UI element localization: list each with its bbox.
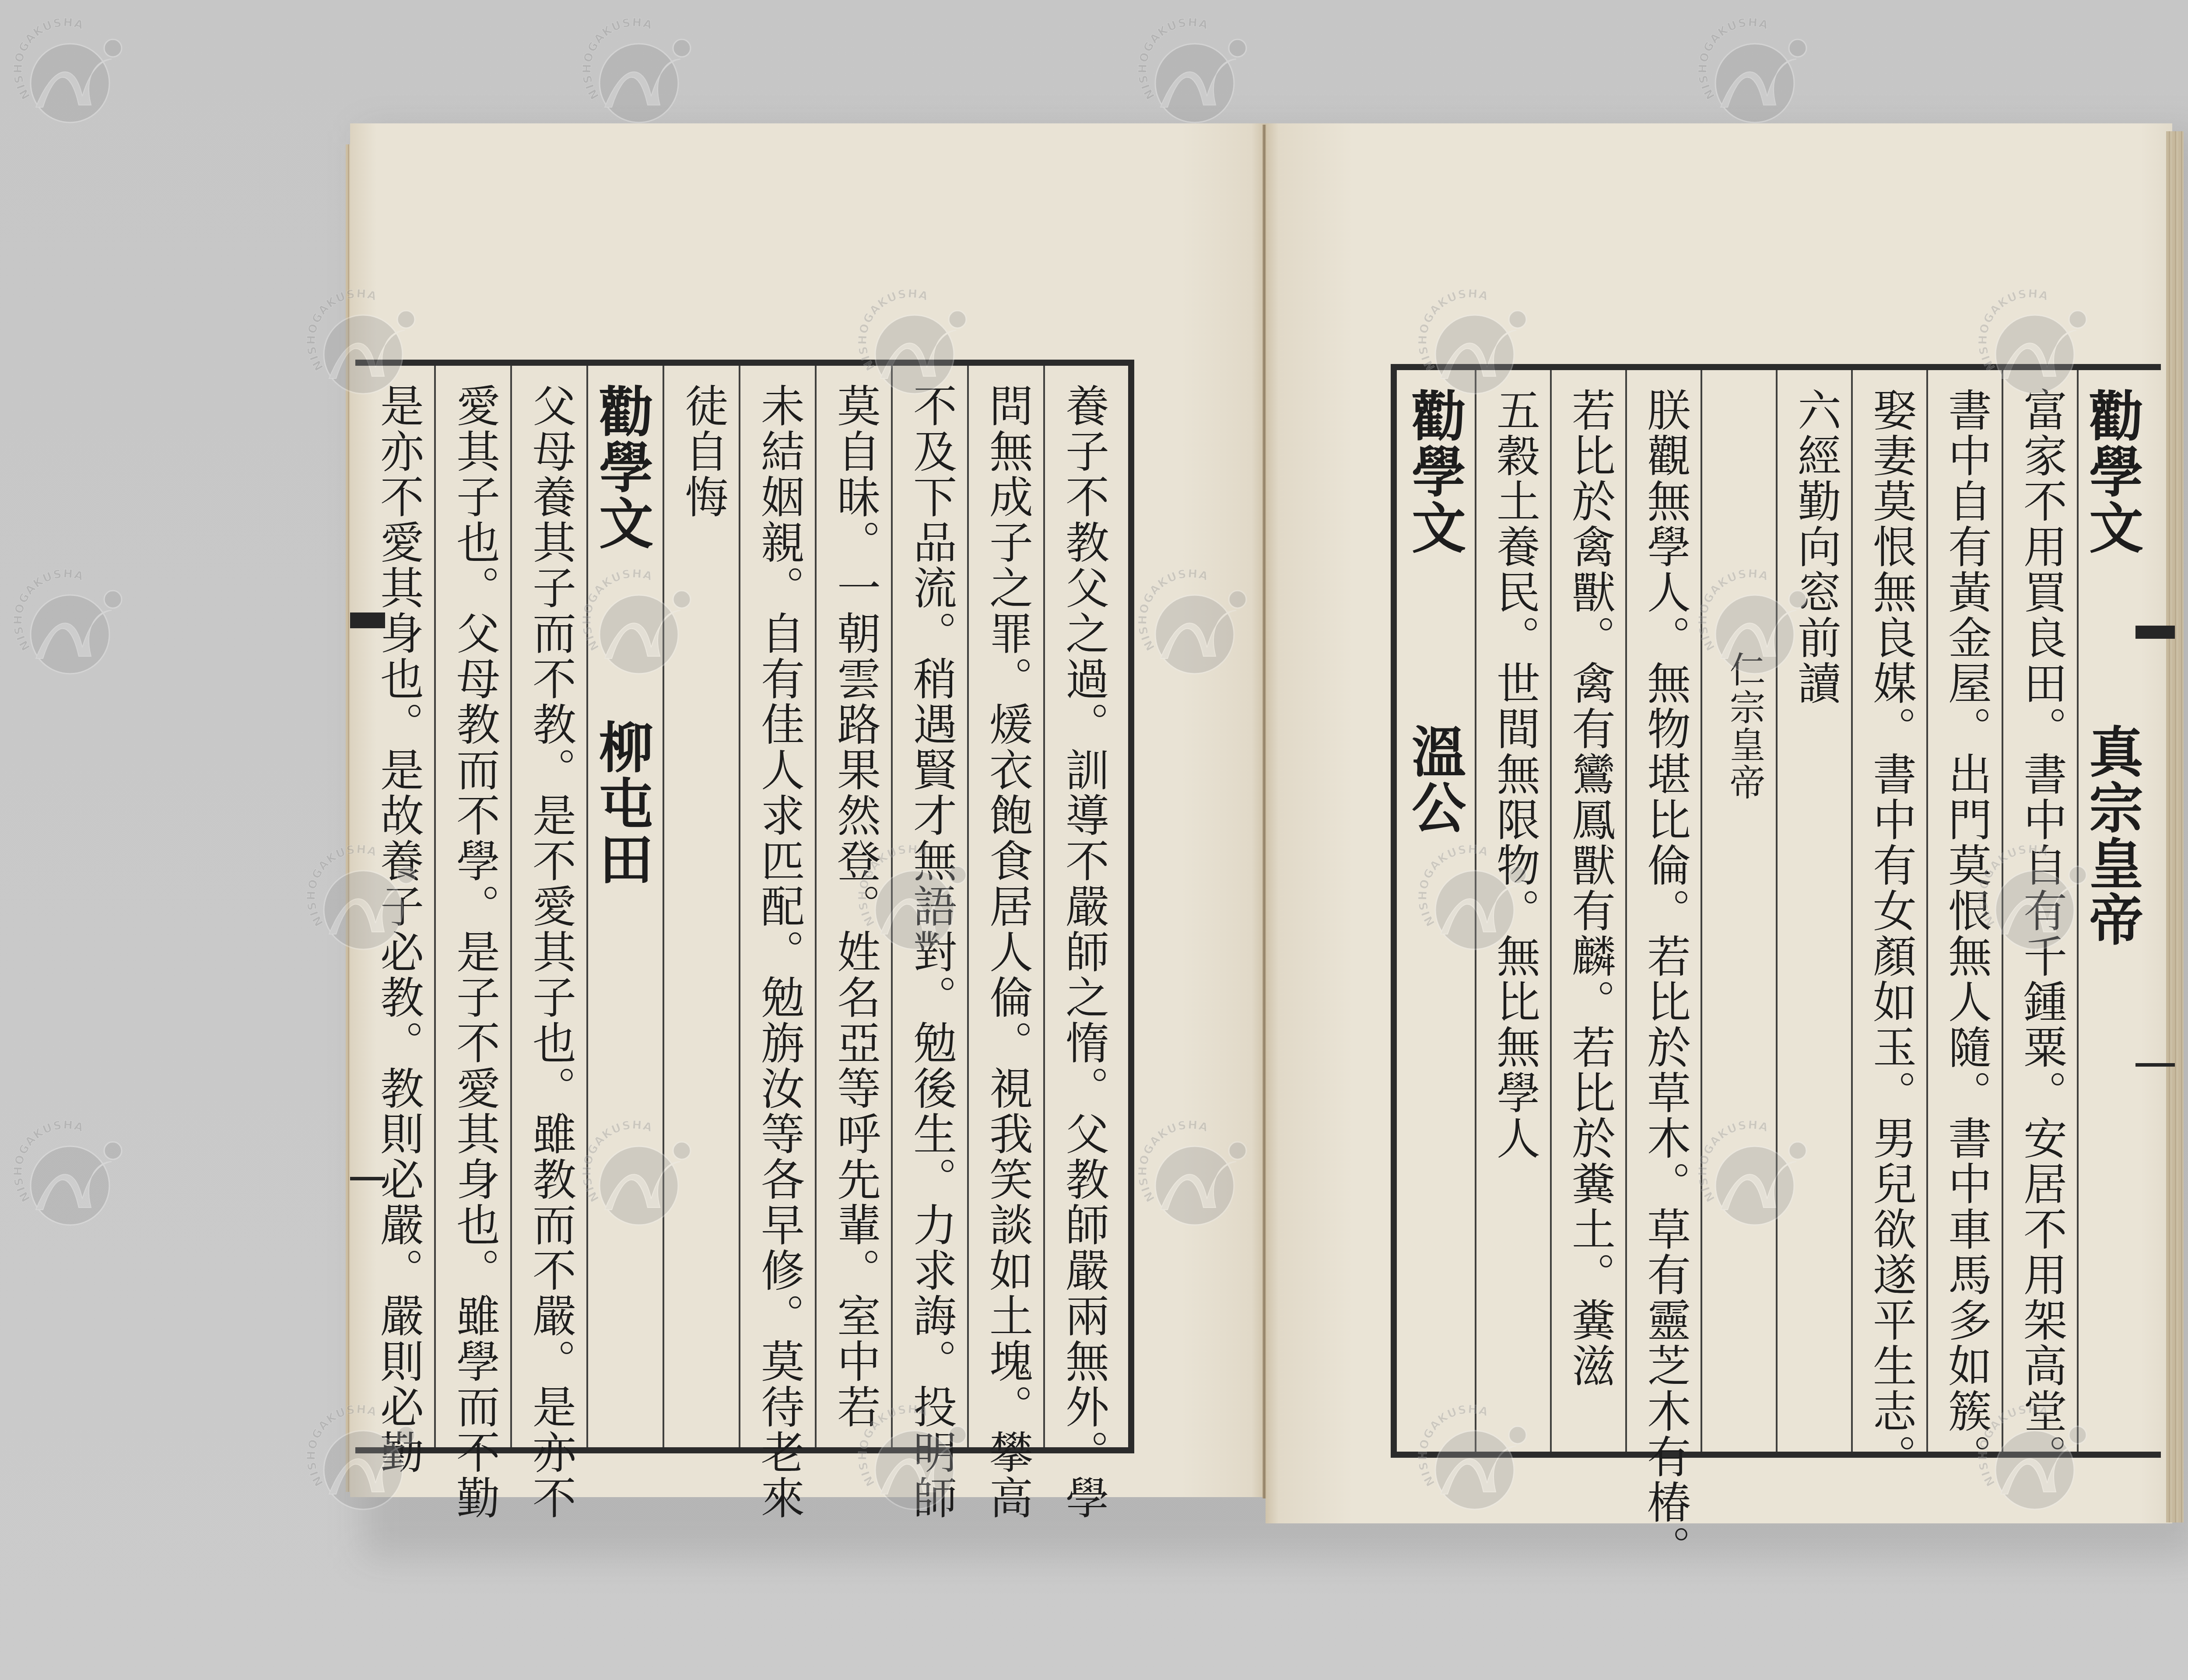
nishogakusha-watermark-icon: NISHOGAKUSHA bbox=[1698, 17, 1812, 131]
nishogakusha-watermark-icon: NISHOGAKUSHA bbox=[13, 1120, 127, 1234]
text-column: 娶妻莫恨無良媒。書中有女顏如玉。男兒欲遂平生志。 bbox=[1869, 388, 1913, 1480]
left-page-text-frame: 養子不教父之過。訓導不嚴師之惰。父教師嚴兩無外。學問無成子之罪。煖衣飽食居人倫。… bbox=[355, 360, 1134, 1453]
nishogakusha-watermark-icon: NISHOGAKUSHA bbox=[582, 569, 696, 682]
nishogakusha-watermark-icon: NISHOGAKUSHA bbox=[1138, 17, 1252, 131]
nishogakusha-watermark-icon: NISHOGAKUSHA bbox=[1418, 844, 1532, 958]
text-column: 若比於禽獸。禽有鸞鳳獸有麟。若比於糞土。糞滋 bbox=[1568, 388, 1612, 1389]
nishogakusha-watermark-icon: NISHOGAKUSHA bbox=[306, 1404, 420, 1518]
section-heading-column: 勸學文 真宗皇帝 bbox=[2084, 388, 2139, 948]
nishogakusha-watermark-icon: NISHOGAKUSHA bbox=[1418, 1404, 1532, 1518]
nishogakusha-watermark-icon: NISHOGAKUSHA bbox=[306, 289, 420, 402]
book-gutter bbox=[1262, 125, 1266, 1498]
nishogakusha-watermark-icon: NISHOGAKUSHA bbox=[582, 17, 696, 131]
column-rule-line bbox=[434, 366, 436, 1447]
text-column: 朕觀無學人。無物堪比倫。若比於草木。草有靈芝木有椿。 bbox=[1643, 388, 1687, 1571]
right-page-stack-edge bbox=[2166, 131, 2184, 1522]
text-column: 五穀土養民。世間無限物。無比無學人 bbox=[1493, 388, 1536, 1161]
text-column: 未結姻親。自有佳人求匹配。勉旃汝等各早修。莫待老來 bbox=[757, 383, 801, 1521]
nishogakusha-watermark-icon: NISHOGAKUSHA bbox=[1698, 1120, 1812, 1234]
section-heading-column: 勸學文 溫公 bbox=[1407, 388, 1461, 836]
text-column: 養子不教父之過。訓導不嚴師之惰。父教師嚴兩無外。學 bbox=[1062, 383, 1105, 1521]
column-rule-line bbox=[1851, 370, 1853, 1452]
nishogakusha-watermark-icon: NISHOGAKUSHA bbox=[858, 289, 971, 402]
column-rule-line bbox=[1926, 370, 1928, 1452]
column-rule-line bbox=[815, 366, 817, 1447]
nishogakusha-watermark-icon: NISHOGAKUSHA bbox=[1978, 844, 2092, 958]
nishogakusha-watermark-icon: NISHOGAKUSHA bbox=[1418, 289, 1532, 402]
nishogakusha-watermark-icon: NISHOGAKUSHA bbox=[13, 17, 127, 131]
column-rule-line bbox=[663, 366, 664, 1447]
text-column: 父母養其子而不教。是不愛其子也。雖教而不嚴。是亦不 bbox=[529, 383, 572, 1521]
nishogakusha-watermark-icon: NISHOGAKUSHA bbox=[1978, 1404, 2092, 1518]
nishogakusha-watermark-icon: NISHOGAKUSHA bbox=[582, 1120, 696, 1234]
nishogakusha-watermark-icon: NISHOGAKUSHA bbox=[1698, 569, 1812, 682]
text-column: 愛其子也。父母教而不學。是子不愛其身也。雖學而不勤 bbox=[452, 383, 496, 1521]
column-rule-line bbox=[1776, 370, 1778, 1452]
column-rule-line bbox=[510, 366, 512, 1447]
nishogakusha-watermark-icon: NISHOGAKUSHA bbox=[1138, 1120, 1252, 1234]
column-rule-line bbox=[1550, 370, 1552, 1452]
column-rule-line bbox=[1701, 370, 1702, 1452]
column-rule-line bbox=[1625, 370, 1627, 1452]
nishogakusha-watermark-icon: NISHOGAKUSHA bbox=[1978, 289, 2092, 402]
text-column: 徒自悔 bbox=[681, 383, 725, 520]
column-rule-line bbox=[586, 366, 588, 1447]
column-rule-line bbox=[1043, 366, 1045, 1447]
nishogakusha-watermark-icon: NISHOGAKUSHA bbox=[306, 844, 420, 958]
nishogakusha-watermark-icon: NISHOGAKUSHA bbox=[13, 569, 127, 682]
nishogakusha-watermark-icon: NISHOGAKUSHA bbox=[858, 1404, 971, 1518]
nishogakusha-watermark-icon: NISHOGAKUSHA bbox=[1138, 569, 1252, 682]
column-rule-line bbox=[739, 366, 740, 1447]
text-column: 問無成子之罪。煖衣飽食居人倫。視我笑談如土塊。攀高 bbox=[985, 383, 1029, 1521]
nishogakusha-watermark-icon: NISHOGAKUSHA bbox=[858, 844, 971, 958]
